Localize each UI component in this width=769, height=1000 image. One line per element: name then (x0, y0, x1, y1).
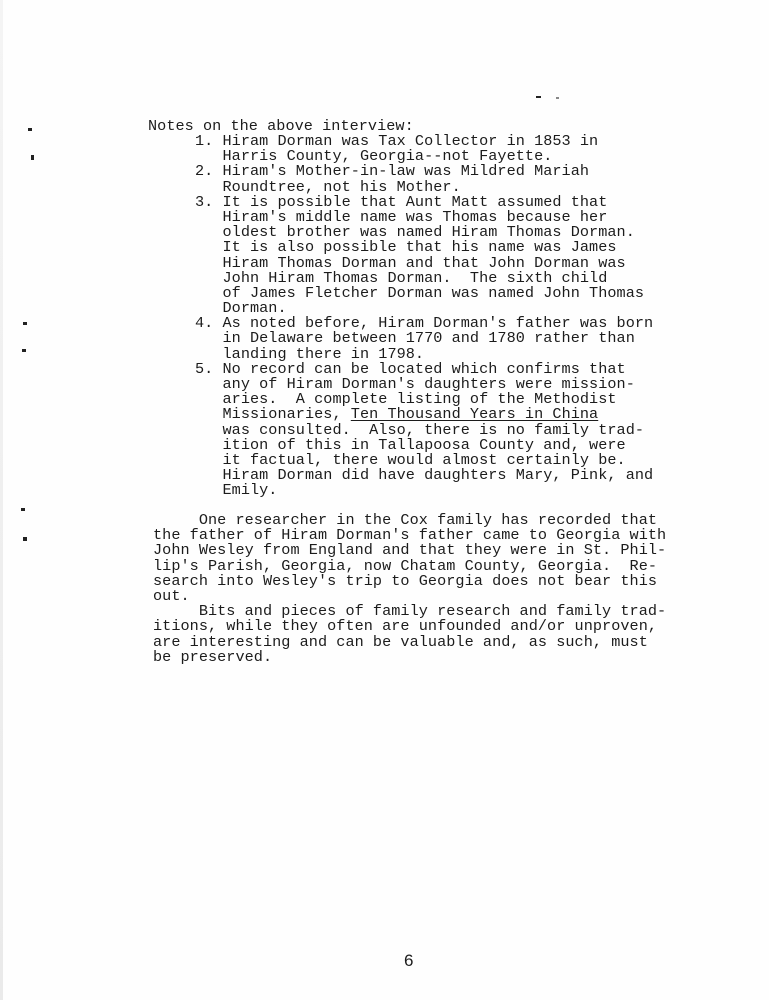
scan-mark (23, 537, 27, 541)
note-item: 5. No record can be located which confir… (195, 362, 653, 499)
scan-mark (556, 97, 559, 99)
note-item: 1. Hiram Dorman was Tax Collector in 185… (195, 134, 653, 164)
note-item: 3. It is possible that Aunt Matt assumed… (195, 195, 653, 317)
paragraph-line: be preserved. (153, 650, 666, 665)
body-paragraphs: One researcher in the Cox family has rec… (153, 513, 666, 665)
scan-mark (31, 155, 34, 160)
scan-mark (536, 96, 541, 98)
paragraph: Bits and pieces of family research and f… (153, 604, 666, 665)
note-item: 2. Hiram's Mother-in-law was Mildred Mar… (195, 164, 653, 194)
scan-mark (28, 128, 32, 131)
document-page: Notes on the above interview: 1. Hiram D… (0, 0, 769, 1000)
page-number: 6 (404, 951, 413, 971)
paragraph: One researcher in the Cox family has rec… (153, 513, 666, 604)
scan-edge (0, 0, 3, 1000)
scan-mark (22, 349, 26, 352)
notes-list: 1. Hiram Dorman was Tax Collector in 185… (195, 134, 653, 499)
paragraph-line: search into Wesley's trip to Georgia doe… (153, 574, 666, 589)
scan-mark (21, 508, 25, 511)
note-item: 4. As noted before, Hiram Dorman's fathe… (195, 316, 653, 362)
note-line: Emily. (195, 483, 653, 498)
scan-mark (23, 322, 27, 325)
